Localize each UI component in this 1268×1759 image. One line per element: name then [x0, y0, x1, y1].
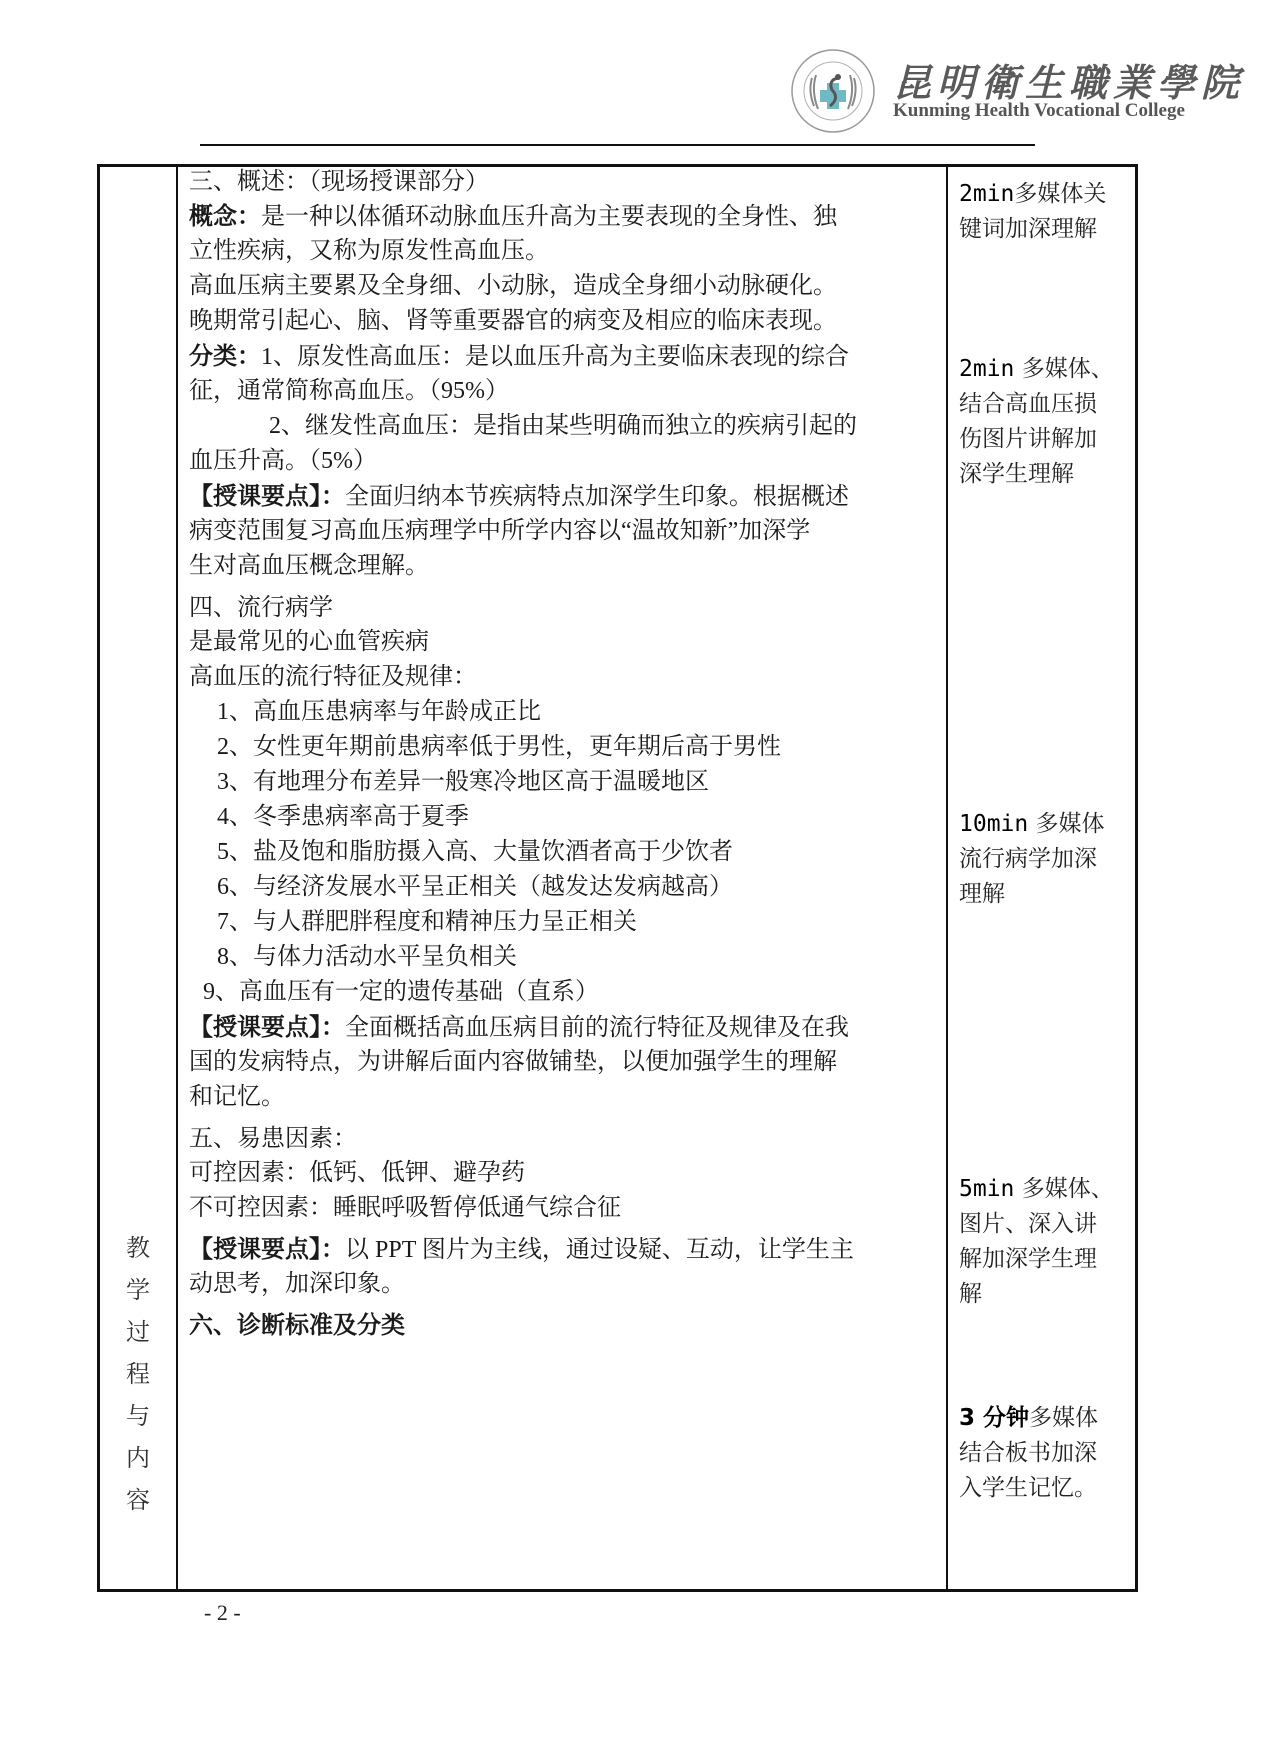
list-item: 1、高血压患病率与年龄成正比	[189, 695, 939, 730]
key-point-text: 全面归纳本节疾病特点加深学生印象。根据概述	[345, 484, 849, 510]
key-point-label: 【授课要点】：	[189, 1013, 345, 1041]
note-text: 入学生记忆。	[959, 1471, 1129, 1506]
key-point-line: 病变范围复习高血压病理学中所学内容以“温故知新”加深学	[189, 514, 939, 549]
key-point-label: 【授课要点】：	[189, 1235, 345, 1263]
note-text: 多媒体	[1029, 1405, 1098, 1431]
paragraph-line: 可控因素：低钙、低钾、避孕药	[189, 1156, 939, 1191]
lesson-plan-table: 教 学 过 程 与 内 容 三、概述：（现场授课部分） 概念：是一种以体循环动脉…	[97, 164, 1138, 1592]
note-text: 解	[959, 1277, 1129, 1312]
column-divider	[176, 167, 178, 1589]
college-emblem-icon	[790, 48, 876, 134]
paragraph-line: 高血压病主要累及全身细、小动脉，造成全身细小动脉硬化。	[189, 269, 939, 304]
list-item: 5、盐及饱和脂肪摄入高、大量饮酒者高于少饮者	[189, 835, 939, 870]
section-3-title: 三、概述：（现场授课部分）	[189, 164, 939, 199]
note-time: 3 分钟	[959, 1405, 1029, 1431]
classification-line: 征，通常简称高血压。（95%）	[189, 374, 939, 409]
list-item: 7、与人群肥胖程度和精神压力呈正相关	[189, 905, 939, 940]
teaching-key-point: 【授课要点】：全面概括高血压病目前的流行特征及规律及在我	[189, 1010, 939, 1045]
note-text: 深学生理解	[959, 457, 1129, 492]
list-item: 8、与体力活动水平呈负相关	[189, 940, 939, 975]
note-time: 5min	[959, 1176, 1014, 1202]
classification-line: 血压升高。（5%）	[189, 444, 939, 479]
key-point-line: 和记忆。	[189, 1080, 939, 1115]
note-text: 结合板书加深	[959, 1436, 1129, 1471]
key-point-text: 以 PPT 图片为主线，通过设疑、互动，让学生主	[345, 1237, 854, 1263]
note-time: 10min	[959, 811, 1028, 837]
side-label-char: 容	[126, 1479, 150, 1521]
classification-line: 2、继发性高血压：是指由某些明确而独立的疾病引起的	[189, 409, 939, 444]
section-5-title: 五、易患因素：	[189, 1121, 939, 1156]
side-label-char: 与	[126, 1395, 150, 1437]
teaching-key-point: 【授课要点】：以 PPT 图片为主线，通过设疑、互动，让学生主	[189, 1232, 939, 1267]
side-label-char: 程	[126, 1353, 150, 1395]
note-time: 2min	[959, 181, 1014, 207]
concept-text: 是一种以体循环动脉血压升高为主要表现的全身性、独	[261, 204, 837, 230]
time-note: 2min多媒体关 键词加深理解	[959, 177, 1129, 247]
list-item: 3、有地理分布差异一般寒冷地区高于温暖地区	[189, 765, 939, 800]
paragraph-line: 高血压的流行特征及规律：	[189, 660, 939, 695]
side-label-char: 内	[126, 1437, 150, 1479]
note-text: 理解	[959, 877, 1129, 912]
key-point-line: 生对高血压概念理解。	[189, 549, 939, 584]
note-text: 多媒体、	[1014, 1176, 1113, 1202]
note-text: 键词加深理解	[959, 212, 1129, 247]
college-name-english: Kunming Health Vocational College	[893, 100, 1185, 122]
college-name-chinese: 昆明衛生職業學院	[893, 52, 1245, 107]
header-divider	[200, 144, 1035, 146]
key-point-line: 动思考，加深印象。	[189, 1267, 939, 1302]
paragraph-line: 是最常见的心血管疾病	[189, 625, 939, 660]
note-text: 多媒体、	[1014, 356, 1113, 382]
note-time: 2min	[959, 356, 1014, 382]
classification-line: 分类：1、原发性高血压：是以血压升高为主要临床表现的综合	[189, 339, 939, 374]
note-text: 多媒体	[1028, 811, 1104, 837]
paragraph-line: 不可控因素：睡眠呼吸暂停低通气综合征	[189, 1191, 939, 1226]
college-logo-emblem	[790, 48, 876, 134]
key-point-line: 国的发病特点，为讲解后面内容做铺垫，以便加强学生的理解	[189, 1045, 939, 1080]
list-item: 4、冬季患病率高于夏季	[189, 800, 939, 835]
note-text: 多媒体关	[1014, 181, 1106, 207]
list-item: 6、与经济发展水平呈正相关（越发达发病越高）	[189, 870, 939, 905]
list-item: 2、女性更年期前患病率低于男性，更年期后高于男性	[189, 730, 939, 765]
column-divider	[946, 167, 948, 1589]
time-note: 10min 多媒体 流行病学加深 理解	[959, 807, 1129, 912]
classification-label: 分类：	[189, 342, 261, 370]
time-note: 3 分钟多媒体 结合板书加深 入学生记忆。	[959, 1401, 1129, 1506]
page-number: - 2 -	[204, 1600, 241, 1626]
time-note: 2min 多媒体、 结合高血压损 伤图片讲解加 深学生理解	[959, 352, 1129, 492]
side-label-char: 教	[126, 1227, 150, 1269]
paragraph-line: 晚期常引起心、脑、肾等重要器官的病变及相应的临床表现。	[189, 304, 939, 339]
concept-label: 概念：	[189, 202, 261, 230]
note-text: 伤图片讲解加	[959, 422, 1129, 457]
key-point-text: 全面概括高血压病目前的流行特征及规律及在我	[345, 1015, 849, 1041]
section-4-title: 四、流行病学	[189, 590, 939, 625]
note-text: 结合高血压损	[959, 387, 1129, 422]
note-text: 流行病学加深	[959, 842, 1129, 877]
section-6-title: 六、诊断标准及分类	[189, 1308, 939, 1343]
concept-line: 立性疾病，又称为原发性高血压。	[189, 234, 939, 269]
lesson-content: 三、概述：（现场授课部分） 概念：是一种以体循环动脉血压升高为主要表现的全身性、…	[189, 164, 939, 1343]
note-text: 解加深学生理	[959, 1242, 1129, 1277]
list-item: 9、高血压有一定的遗传基础（直系）	[189, 975, 939, 1010]
classification-text: 1、原发性高血压：是以血压升高为主要临床表现的综合	[261, 344, 849, 370]
teaching-key-point: 【授课要点】：全面归纳本节疾病特点加深学生印象。根据概述	[189, 479, 939, 514]
time-note: 5min 多媒体、 图片、深入讲 解加深学生理 解	[959, 1172, 1129, 1312]
key-point-label: 【授课要点】：	[189, 482, 345, 510]
section-label-teaching-process: 教 学 过 程 与 内 容	[100, 1227, 176, 1521]
side-label-char: 学	[126, 1269, 150, 1311]
concept-line: 概念：是一种以体循环动脉血压升高为主要表现的全身性、独	[189, 199, 939, 234]
side-label-char: 过	[126, 1311, 150, 1353]
note-text: 图片、深入讲	[959, 1207, 1129, 1242]
